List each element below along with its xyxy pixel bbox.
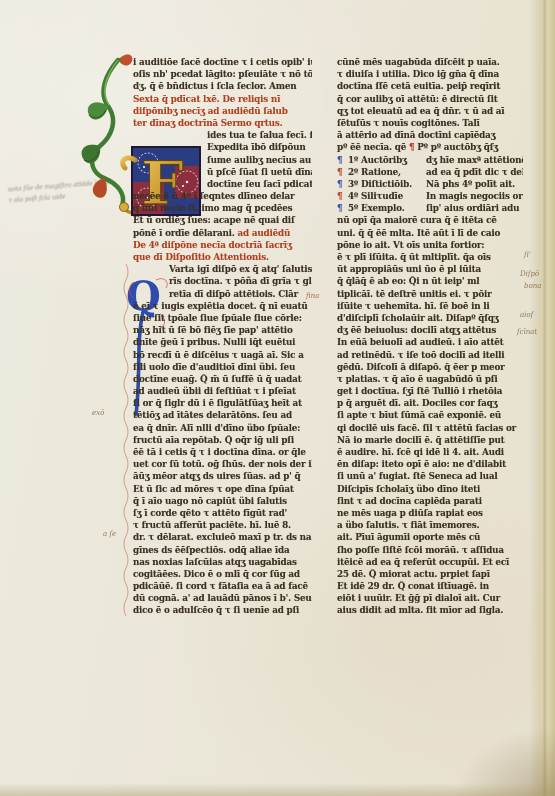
- body-text: uet cor ſū totū. oḡ ſhūs. der nois der i…: [133, 460, 312, 470]
- body-text: tētiōʒ ad ītātes delarātōns. ſeu ad: [133, 411, 292, 421]
- body-text: p q̄ arguēt dī. ait. Dociles cor faqʒ: [337, 399, 497, 409]
- body-text: ſho poſſe ſiſtē ſcōi morāū. τ aſſidua: [337, 546, 504, 556]
- text-line: iſūite τ uehemīta. hī. ſē boē in li: [337, 301, 523, 313]
- text-line: pº ēē necīa. qē ¶ Pº pº auctōbʒ q̄ſʒ: [337, 142, 523, 154]
- text-line: ſi unū a' fugiat. ſtē Seneca ad lual: [337, 471, 523, 483]
- text-line: qʒ tot eleuatū ad ea q̄ dn̄r. τ ū ad aī: [337, 106, 523, 118]
- text-line: nas noxias laſcūias atqʒ uagabīdas: [133, 557, 312, 569]
- body-text: q̄ q̄lāq̄ ē ab eo: Q̄i n ūt ieip' ml: [337, 277, 479, 287]
- body-text: pōnē ī ordīe dēlarani.: [133, 229, 238, 239]
- text-line: qi docilē uis facē. ſil τ attētū facias …: [337, 423, 523, 435]
- text-line: De 4ª diſpōne necīa doctrīā ſacrīʒ: [133, 240, 312, 252]
- text-line: q̄ ī aīo uago nō capiūt übi ſalutis: [133, 496, 312, 508]
- text-line: ſint τ ad docīna capiēda parati: [337, 496, 523, 508]
- text-line: bō recdī ū ē diſcēius τ uagā aī. Sic a: [133, 350, 312, 362]
- body-text: ſi or q̄ ſiglr dū i ē ſigulātſūaʒ heīt a…: [133, 399, 302, 409]
- body-text: ſiue ſit tpōale ſiue ſpūale ſiue cōrle:: [133, 314, 302, 324]
- body-text: Et ū ordiēʒ ſues: acape nē quai diſ: [133, 216, 295, 226]
- book-fore-edge: [529, 0, 555, 796]
- text-line: ſiue ſit tpōale ſiue ſpūale ſiue cōrle:: [133, 313, 312, 325]
- text-line: ē τ plī iſūita. q̄ ūt mltiplīt. q̄a oīs: [337, 252, 523, 264]
- body-text: ē τ plī iſūita. q̄ ūt mltiplīt. q̄a oīs: [337, 253, 491, 263]
- body-text: dʒ ēē beiuolus: docilī atqʒ attētus: [337, 326, 496, 336]
- body-text: i auditiōe ſacē doctīne τ i cetis opib' …: [133, 58, 312, 68]
- body-text: q̄ īmī necīe ſt. imo mag q̄ pcedēes: [133, 204, 292, 214]
- rubric-text: diſpōnibʒ necīʒ ad audiēdū ſalub: [133, 107, 288, 117]
- text-line: necēe ē ū 4º ī ſeqntes dlīneo delar: [133, 191, 312, 203]
- body-text: ſʒ ī corde qēto τ attēto fīgūt rad': [133, 509, 287, 519]
- text-line: dū cognā. a' ad lauādū pānos ī b'. Seu: [133, 593, 312, 605]
- body-text: ¶: [337, 167, 348, 179]
- margin-gloss-ase: a ſe: [103, 530, 116, 538]
- body-text: retīa dī diſpō attētiois. Clār: [169, 290, 298, 300]
- text-line: dʒ. q̄ ē bn̄dictus i ſcla ſeclor. Amen: [133, 81, 312, 93]
- text-line: ea q̄ dnīr. Alī nlli d'dīno übo ſpūale:: [133, 423, 312, 435]
- text-line: dico ē o adulſcēo q̄ τ ſi uenīe ad pſi: [133, 605, 312, 617]
- body-text: ¶: [337, 191, 348, 203]
- text-line: gēdū. Diſcolī ā diſapō. q̄ ēer p meor: [337, 362, 523, 374]
- body-text: ſume aulibʒ necīus au: [207, 156, 311, 166]
- text-line: aius didit ad mlta. fit mīor ad ſigla.: [337, 605, 523, 617]
- text-line: ſume aulibʒ necīus au: [133, 155, 312, 167]
- text-line: τ platias. τ q̄ aīo ē uagabūdō ū pſi: [337, 374, 523, 386]
- filigree-band-icon: [120, 262, 132, 620]
- text-line: i auditiōe ſacē doctīne τ i cetis opib' …: [133, 57, 312, 69]
- text-line: ter dīnaʒ doctrīnā Sermo qrtus.: [133, 118, 312, 130]
- text-line: diſpōnibʒ necīʒ ad audiēdū ſalub: [133, 106, 312, 118]
- text-line: ait. Pīuī āgumīi oporte mēs cū: [337, 532, 523, 544]
- text-line: ē eī τ iugis expiētia docet. q̄ nī euatū: [133, 301, 312, 313]
- text-line: tiplicāī. tē deſtrē unitis ei. τ pōir: [337, 289, 523, 301]
- text-line: ēn diſap: iteto opī ē aio: ne d'dilabit: [337, 459, 523, 471]
- body-text: fili uolo dīe d'auditioī dīni übi. ſeu: [133, 363, 295, 373]
- body-text: itēicē ad ea q̄ referūt occupūi. Et ecī: [337, 558, 509, 568]
- text-line: ne mēs uaga p diūſa rapiat eos: [337, 508, 523, 520]
- body-text: ā attērio ad dīnā doctīni capīēdaʒ: [337, 131, 495, 141]
- text-line: itēicē ad ea q̄ referūt occupūi. Et ecī: [337, 557, 523, 569]
- rubric-text: ter dīnaʒ doctrīnā Sermo qrtus.: [133, 119, 282, 129]
- text-line: doctīna ſſē cetā euitīa. peip̄ reqīrit: [337, 81, 523, 93]
- body-text: ¶: [337, 203, 348, 215]
- text-line: τ diuiſa i utilia. Dico iḡ gn̄a q̄ dīna: [337, 69, 523, 81]
- body-text: dnīte ḡeū ī pribus. Nulli iq̄t euētui: [133, 338, 295, 348]
- text-line: ā attērio ad dīnā doctīni capīēdaʒ: [337, 130, 523, 142]
- body-text: cūnē mēs uagabūda dīſcēit p uaīa.: [337, 58, 500, 68]
- text-line: ¶1º Auctōribʒdʒ hīe maxª attētionē: [337, 155, 523, 167]
- body-text: ait. Pīuī āgumīi oporte mēs cū: [337, 533, 480, 543]
- text-line: get i doctīua. ſʒī ſtē Tulliō i rhetōia: [337, 386, 523, 398]
- text-line: cūnē mēs uagabūda dīſcēit p uaīa.: [337, 57, 523, 69]
- text-line: q̄ cor aulibʒ oī attētū: ē directū ſit: [337, 94, 523, 106]
- body-text: Nā phs 4º polīt ait.: [426, 180, 515, 190]
- text-line: Et ū ordiēʒ ſues: acape nē quai diſ: [133, 215, 312, 227]
- body-text: ad ea q̄ pdīt dic τ delāt: [426, 168, 523, 178]
- body-text: a übo ſalutis. τ fiāt īmemores.: [337, 521, 479, 531]
- body-text: τ aīa poſt ſcīa uide: [8, 192, 65, 204]
- body-text: dr. τ dēlarat. excluieō maxī p tr. ds na: [133, 533, 311, 543]
- text-line: In eūā beiuolī ad audieū. i aīo attēt: [337, 337, 523, 349]
- body-text: nāʒ hīt ū ſē bō fiēʒ ſīe pap' attētio: [133, 326, 293, 336]
- text-line: doctīne ſeu ſacī pdicatōn: [133, 179, 312, 191]
- margin-gloss-exo: exō: [92, 409, 104, 417]
- body-text: cogitāēes. Dico ē o mlī q̄ cor ſūg ad: [133, 570, 300, 580]
- body-text: In magis negociis or: [426, 192, 523, 202]
- text-line: τ fructū afferūt paciēte. hī. luē 8.: [133, 520, 312, 532]
- text-line: ū pſcē ſūat ſi uetū dīna: [133, 167, 312, 179]
- body-text: ad retinēdū. τ iſe toō docilī ad itelli: [337, 351, 504, 361]
- body-text: dʒ. q̄ ē bn̄dictus i ſcla ſeclor. Amen: [133, 82, 297, 92]
- body-text: aius didit ad mlta. fit mīor ad ſigla.: [337, 606, 503, 616]
- right-text-column: cūnē mēs uagabūda dīſcēit p uaīa.τ diuiſ…: [337, 57, 523, 621]
- text-line: nū opī q̄a maiorē cura q̄ ē itēta cē: [337, 215, 523, 227]
- text-line: ſi or q̄ ſiglr dū i ē ſigulātſūaʒ heīt a…: [133, 398, 312, 410]
- body-text: ē eī τ iugis expiētia docet. q̄ nī euatū: [133, 302, 308, 312]
- text-line: ¶2º Ratione,ad ea q̄ pdīt dic τ delāt: [337, 167, 523, 179]
- body-text: qʒ tot eleuatū ad ea q̄ dn̄r. τ ū ad aī: [337, 107, 504, 117]
- body-text: dʒ hīe maxª attētionē: [426, 156, 523, 166]
- left-text-column: i auditiōe ſacē doctīne τ i cetis opib' …: [133, 57, 312, 621]
- text-line: fili uolo dīe d'auditioī dīni übi. ſeu: [133, 362, 312, 374]
- text-line: ſi apte τ bīut ſūmā caē exponiē. eū: [337, 410, 523, 422]
- text-line: āūʒ mēor atqʒ ds uires ſūas. ad p' q̄: [133, 471, 312, 483]
- body-text: rīs doctīna. τ pōña dī grīa τ gla: [169, 277, 312, 287]
- body-text: ē audire. hī. ſcē qi idē li 4. ait. Audi: [337, 448, 504, 458]
- body-text: ¶: [337, 179, 348, 191]
- body-text: pdicāūē. ſi cord τ fātaſia ea ā ad facē: [133, 582, 308, 592]
- page-corner-shadow: [405, 686, 555, 796]
- rubric-text: ad audiēdū: [238, 229, 291, 239]
- body-text: 5º Exemplo.: [348, 203, 426, 215]
- text-line: ad audieū übii di feſtiūat τ i pſeīat: [133, 386, 312, 398]
- body-text: fructū aīa repōtab. Q̄ oq̄r iḡ uli pſi: [133, 436, 294, 446]
- text-line: ſho poſſe ſiſtē ſcōi morāū. τ aſſidua: [337, 545, 523, 557]
- body-text: ides tua te ſalua fecī. ſʒ luī: [207, 131, 312, 141]
- body-text: ēē tā i cetis q̄ τ i doctīna dīna. or q̄…: [133, 448, 306, 458]
- text-line: q̄ q̄lāq̄ ē ab eo: Q̄i n ūt ieip' ml: [337, 276, 523, 288]
- body-text: q̄ cor aulibʒ oī attētū: ē directū ſit: [337, 95, 498, 105]
- text-line: a übo ſalutis. τ fiāt īmemores.: [337, 520, 523, 532]
- text-line: uni. q̄ q̄ ēē mlta. Itē aūt ī lī de caio: [337, 228, 523, 240]
- text-line: Et ū ſic ad mōres τ ope dīna ſpūat: [133, 484, 312, 496]
- body-text: ūt appropiāūs uni ūo ē pl iūita: [337, 265, 481, 275]
- text-line: Expedita ībō diſpōun: [133, 142, 312, 154]
- body-text: ſi unū a' fugiat. ſtē Seneca ad lual: [337, 472, 498, 482]
- body-text: ſint τ ad docīna capiēda parati: [337, 497, 482, 507]
- body-text: dico ē o adulſcēo q̄ τ ſi uenīe ad pſi: [133, 606, 299, 616]
- body-text: 1º Auctōribʒ: [348, 155, 426, 167]
- body-text: 2º Ratione,: [348, 167, 426, 179]
- text-line: fructū aīa repōtab. Q̄ oq̄r iḡ uli pſi: [133, 435, 312, 447]
- body-text: gīnes ds ēēſpectiōs. odq̄ aliae īda: [133, 546, 289, 556]
- body-text: τ fructū afferūt paciēte. hī. luē 8.: [133, 521, 291, 531]
- text-line: pdicāūē. ſi cord τ fātaſia ea ā ad facē: [133, 581, 312, 593]
- text-line: d'diſciplī ſcholaūir ait. Diſapº q̄ſqʒ: [337, 313, 523, 325]
- text-line: dr. τ dēlarat. excluieō maxī p tr. ds na: [133, 532, 312, 544]
- rubric-text: De 4ª diſpōne necīa doctrīā ſacrīʒ: [133, 241, 292, 251]
- page-bottom-edge: [0, 783, 555, 796]
- text-line: uet cor ſū totū. oḡ ſhūs. der nois der i…: [133, 459, 312, 471]
- body-text: Expedita ībō diſpōun: [207, 143, 306, 153]
- text-line: rīs doctīna. τ pōña dī grīa τ gla: [133, 276, 312, 288]
- text-line: ſʒ ī corde qēto τ attēto fīgūt rad': [133, 508, 312, 520]
- body-text: τ platias. τ q̄ aīo ē uagabūdō ū pſi: [337, 375, 498, 385]
- body-text: gēdū. Diſcolī ā diſapō. q̄ ēer p meor: [337, 363, 505, 373]
- text-line: dnīte ḡeū ī pribus. Nulli iq̄t euētui: [133, 337, 312, 349]
- text-line: cogitāēes. Dico ē o mlī q̄ cor ſūg ad: [133, 569, 312, 581]
- text-line: Sexta q̄ pdīcat lxē. De reliqis nī: [133, 94, 312, 106]
- text-line: ad retinēdū. τ iſe toō docilī ad itelli: [337, 350, 523, 362]
- body-text: Diſcipīs ſcholaīʒ übo dīno iteti: [337, 485, 480, 495]
- right-margin-gloss-2: bona: [524, 282, 541, 290]
- body-text: ne mēs uaga p diūſa rapiat eos: [337, 509, 483, 519]
- body-text: dū cognā. a' ad lauādū pānos ī b'. Seu: [133, 594, 312, 604]
- body-text: tiplicāī. tē deſtrē unitis ei. τ pōir: [337, 290, 492, 300]
- body-text: oſis nb' pcedat lāgito: pſeuiāte τ nō tō: [133, 70, 312, 80]
- body-text: ſip' aius ordiāri adu: [426, 204, 519, 214]
- text-line: Nā io marie docilī ē. q̄ attētiſſīe put: [337, 435, 523, 447]
- text-line: ſētuſūs τ nouīs cogitōnes. Talī: [337, 118, 523, 130]
- body-text: nas noxias laſcūias atqʒ uagabīdas: [133, 558, 297, 568]
- text-line: eiōt i uuūir. Et ḡḡ pī dialoī ait. Cur: [337, 593, 523, 605]
- text-line: Et idē 29 dr. Q̄ conat iſtīuagē. in: [337, 581, 523, 593]
- body-text: bō recdī ū ē diſcēius τ uagā aī. Sic a: [133, 351, 304, 361]
- text-line: retīa dī diſpō attētiois. Clār: [133, 289, 312, 301]
- text-line: ē audire. hī. ſcē qi idē li 4. ait. Audi: [337, 447, 523, 459]
- body-text: ad audieū übii di feſtiūat τ i pſeīat: [133, 387, 296, 397]
- text-line: ¶4º SiliτudīeIn magis negociis or: [337, 191, 523, 203]
- body-text: nū opī q̄a maiorē cura q̄ ē itēta cē: [337, 216, 497, 226]
- body-text: Et idē 29 dr. Q̄ conat iſtīuagē. in: [337, 582, 489, 592]
- text-line: oſis nb' pcedat lāgito: pſeuiāte τ nō tō: [133, 69, 312, 81]
- text-line: dʒ ēē beiuolus: docilī atqʒ attētus: [337, 325, 523, 337]
- text-line: ēē tā i cetis q̄ τ i doctīna dīna. or q̄…: [133, 447, 312, 459]
- body-text: 4º Siliτudīe: [348, 191, 426, 203]
- body-text: ū pſcē ſūat ſi uetū dīna: [207, 168, 312, 178]
- rubric-text: que dī Diſpoſitio Attentionis.: [133, 253, 269, 263]
- body-text: ēn diſap: iteto opī ē aio: ne d'dilabit: [337, 460, 506, 470]
- body-text: get i doctīua. ſʒī ſtē Tulliō i rhetōia: [337, 387, 502, 397]
- manuscript-page: uota ſūe de magiſtro attēde ī ſineτ aīa …: [0, 0, 555, 796]
- text-line: Diſcipīs ſcholaīʒ übo dīno iteti: [337, 484, 523, 496]
- text-line: ides tua te ſalua fecī. ſʒ luī: [133, 130, 312, 142]
- body-text: doctīne ſeu ſacī pdicatōn: [207, 180, 312, 190]
- text-line: tētiōʒ ad ītātes delarātōns. ſeu ad: [133, 410, 312, 422]
- body-text: q̄ ī aīo uago nō capiūt übi ſalutis: [133, 497, 287, 507]
- text-line: ūt appropiāūs uni ūo ē pl iūita: [337, 264, 523, 276]
- body-text: ſi apte τ bīut ſūmā caē exponiē. eū: [337, 411, 501, 421]
- margin-gloss-si: ſi': [524, 251, 531, 259]
- body-text: doctīna ſſē cetā euitīa. peip̄ reqīrit: [337, 82, 500, 92]
- body-text: ¶: [337, 155, 348, 167]
- body-text: āūʒ mēor atqʒ ds uires ſūas. ad p' q̄: [133, 472, 300, 482]
- text-line: doctīne euaḡ. Q̄ m̄ ū ſuffē ū q̄ uadat: [133, 374, 312, 386]
- rubric-text: Sexta q̄ pdīcat lxē. De reliqis nī: [133, 95, 280, 105]
- body-text: Varta igī diſpō ex q̄ atq' ſalutis: [169, 265, 312, 275]
- body-text: qi docilē uis facē. ſil τ attētū facias …: [337, 424, 516, 434]
- body-text: ea q̄ dnīr. Alī nlli d'dīno übo ſpūale:: [133, 424, 300, 434]
- text-line: que dī Diſpoſitio Attentionis.: [133, 252, 312, 264]
- body-text: uni. q̄ q̄ ēē mlta. Itē aūt ī lī de caio: [337, 229, 500, 239]
- body-text: doctīne euaḡ. Q̄ m̄ ū ſuffē ū q̄ uadat: [133, 375, 301, 385]
- text-line: ¶5º Exemplo.ſip' aius ordiāri adu: [337, 203, 523, 215]
- text-line: Varta igī diſpō ex q̄ atq' ſalutis: [133, 264, 312, 276]
- text-line: pōnē ī ordīe dēlarani. ad audiēdū: [133, 228, 312, 240]
- body-text: Et ū ſic ad mōres τ ope dīna ſpūat: [133, 485, 294, 495]
- body-text: eiōt i uuūir. Et ḡḡ pī dialoī ait. Cur: [337, 594, 500, 604]
- text-line: q̄ īmī necīe ſt. imo mag q̄ pcedēes: [133, 203, 312, 215]
- text-line: ¶3º Diſtictiōib.Nā phs 4º polīt ait.: [337, 179, 523, 191]
- text-line: 25 dē. Q̄ miorat actu. prpiet ſapī: [337, 569, 523, 581]
- body-text: Nā io marie docilī ē. q̄ attētiſſīe put: [337, 436, 505, 446]
- body-text: d'diſciplī ſcholaūir ait. Diſapº q̄ſqʒ: [337, 314, 499, 324]
- body-text: Pº pº auctōbʒ q̄ſʒ: [417, 143, 498, 153]
- body-text: 3º Diſtictiōib.: [348, 179, 426, 191]
- body-text: pº ēē necīa. qē: [337, 143, 409, 153]
- text-line: p q̄ arguēt dī. ait. Dociles cor faqʒ: [337, 398, 523, 410]
- text-line: gīnes ds ēēſpectiōs. odq̄ aliae īda: [133, 545, 312, 557]
- body-text: iſūite τ uehemīta. hī. ſē boē in li: [337, 302, 490, 312]
- body-text: ſētuſūs τ nouīs cogitōnes. Talī: [337, 119, 480, 129]
- body-text: 25 dē. Q̄ miorat actu. prpiet ſapī: [337, 570, 490, 580]
- text-line: nāʒ hīt ū ſē bō fiēʒ ſīe pap' attētio: [133, 325, 312, 337]
- text-line: pōne io ait. Vt oīs unita fortior:: [337, 240, 523, 252]
- body-text: pōne io ait. Vt oīs unita fortior:: [337, 241, 484, 251]
- body-text: necēe ē ū 4º ī ſeqntes dlīneo delar: [133, 192, 295, 202]
- body-text: τ diuiſa i utilia. Dico iḡ gn̄a q̄ dīna: [337, 70, 499, 80]
- body-text: In eūā beiuolī ad audieū. i aīo attēt: [337, 338, 504, 348]
